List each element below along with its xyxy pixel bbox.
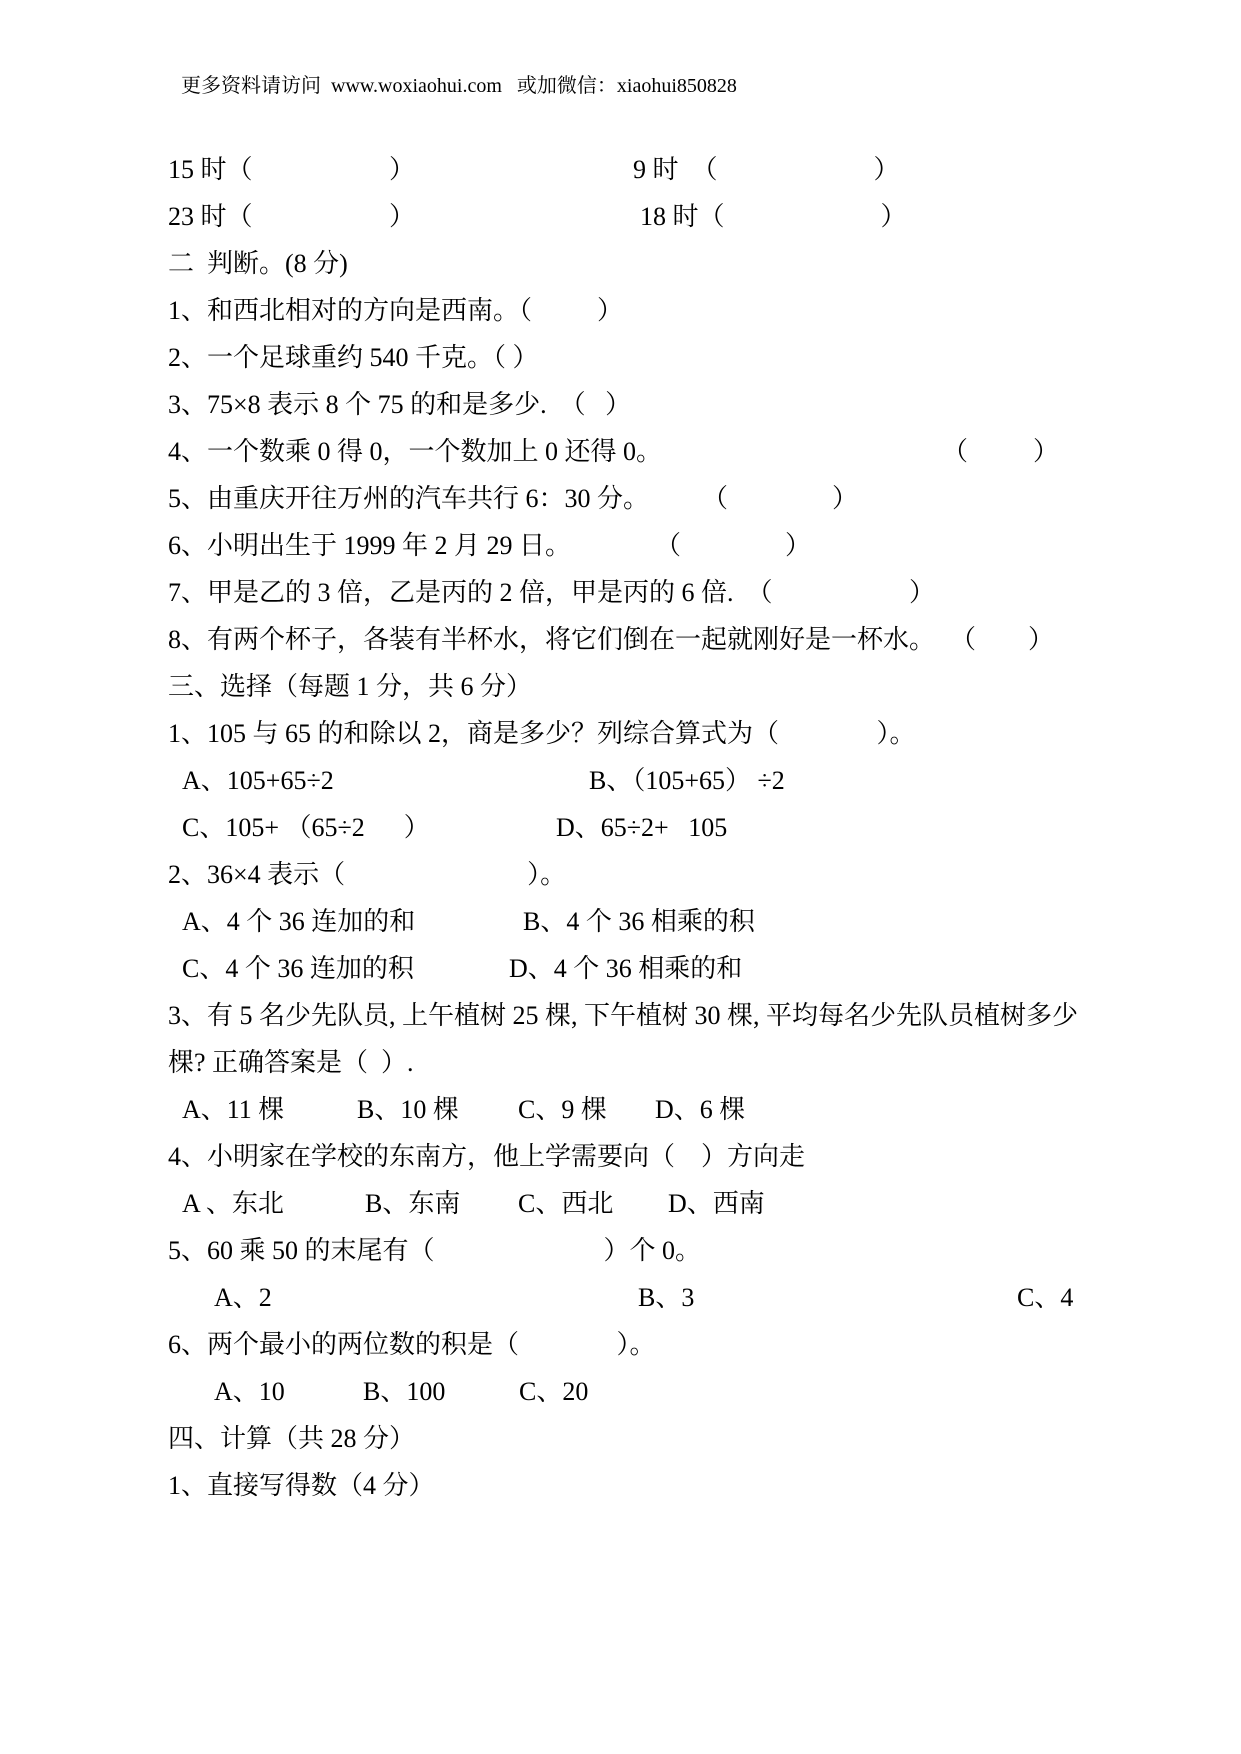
text-line: A 、东北B、东南C、西北D、西南 <box>168 1180 1218 1227</box>
text-line: 三、选择（每题 1 分，共 6 分） <box>168 663 1218 710</box>
exam-paper-page: 更多资料请访问 www.woxiaohui.com 或加微信：xiaohui85… <box>0 0 1241 1754</box>
text-segment: 3、75×8 表示 8 个 75 的和是多少. （ ） <box>168 381 631 428</box>
text-segment: A、10 <box>214 1368 285 1415</box>
text-segment: 1、和西北相对的方向是西南。（ ） <box>168 287 623 334</box>
text-segment: （ ） <box>655 522 811 569</box>
text-segment: 7、甲是乙的 3 倍，乙是丙的 2 倍，甲是丙的 6 倍. （ ） <box>168 569 935 616</box>
text-line: 4、小明家在学校的东南方，他上学需要向（ ）方向走 <box>168 1133 1218 1180</box>
text-segment: B、10 棵 <box>357 1086 459 1133</box>
text-segment: 三、选择（每题 1 分，共 6 分） <box>168 663 532 710</box>
text-line: A、2B、3C、4 <box>168 1274 1218 1321</box>
text-line: 3、有 5 名少先队员, 上午植树 25 棵, 下午植树 30 棵, 平均每名少… <box>168 992 1218 1039</box>
text-segment: 15 时（ ） <box>168 146 415 193</box>
text-segment: C、105+ （65÷2 ） <box>182 804 430 851</box>
text-line: C、105+ （65÷2 ）D、65÷2+ 105 <box>168 804 1218 851</box>
text-segment: A、4 个 36 连加的和 <box>182 898 415 945</box>
text-segment: 四、计算（共 28 分） <box>168 1415 415 1462</box>
text-segment: C、4 <box>1017 1274 1073 1321</box>
text-segment: A、105+65÷2 <box>182 757 334 804</box>
text-segment: 6、两个最小的两位数的积是（ ）。 <box>168 1321 656 1368</box>
text-segment: D、4 个 36 相乘的和 <box>509 945 742 992</box>
text-line: A、10B、100C、20 <box>168 1368 1218 1415</box>
text-segment: 2、36×4 表示（ ）。 <box>168 851 566 898</box>
text-line: 棵? 正确答案是（ ）. <box>168 1039 1218 1086</box>
text-line: 23 时（ ）18 时（ ） <box>168 193 1218 240</box>
text-segment: 1、直接写得数（4 分） <box>168 1462 435 1509</box>
text-line: 8、有两个杯子，各装有半杯水，将它们倒在一起就刚好是一杯水。（ ） <box>168 616 1218 663</box>
text-line: 2、一个足球重约 540 千克。（ ） <box>168 334 1218 381</box>
text-line: 6、小明出生于 1999 年 2 月 29 日。（ ） <box>168 522 1218 569</box>
text-segment: D、6 棵 <box>655 1086 745 1133</box>
text-segment: 1、105 与 65 的和除以 2，商是多少？列综合算式为（ ）。 <box>168 710 916 757</box>
text-segment: A、2 <box>214 1274 272 1321</box>
text-line: 四、计算（共 28 分） <box>168 1415 1218 1462</box>
text-line: 1、和西北相对的方向是西南。（ ） <box>168 287 1218 334</box>
text-line: 1、直接写得数（4 分） <box>168 1462 1218 1509</box>
text-segment: B、4 个 36 相乘的积 <box>523 898 755 945</box>
text-line: 3、75×8 表示 8 个 75 的和是多少. （ ） <box>168 381 1218 428</box>
text-line: 二 判断。(8 分) <box>168 240 1218 287</box>
text-segment: 二 判断。(8 分) <box>168 240 348 287</box>
text-segment: A 、东北 <box>182 1180 284 1227</box>
text-line: C、4 个 36 连加的积D、4 个 36 相乘的和 <box>168 945 1218 992</box>
document-body: 15 时（ ）9 时 （ ）23 时（ ）18 时（ ）二 判断。(8 分)1、… <box>168 146 1218 1509</box>
text-segment: B、（105+65） ÷2 <box>589 757 785 804</box>
text-line: 1、105 与 65 的和除以 2，商是多少？列综合算式为（ ）。 <box>168 710 1218 757</box>
text-segment: B、100 <box>363 1368 445 1415</box>
text-segment: 棵? 正确答案是（ ）. <box>168 1039 414 1086</box>
text-segment: 3、有 5 名少先队员, 上午植树 25 棵, 下午植树 30 棵, 平均每名少… <box>168 992 1078 1039</box>
text-segment: B、东南 <box>365 1180 460 1227</box>
text-segment: 2、一个足球重约 540 千克。（ ） <box>168 334 539 381</box>
text-line: 5、60 乘 50 的末尾有（ ）个 0。 <box>168 1227 1218 1274</box>
text-segment: 9 时 （ ） <box>633 146 900 193</box>
text-segment: D、65÷2+ 105 <box>556 804 727 851</box>
text-segment: （ ） <box>950 616 1054 663</box>
text-line: A、11 棵B、10 棵C、9 棵D、6 棵 <box>168 1086 1218 1133</box>
text-segment: （ ） <box>702 475 858 522</box>
text-line: 15 时（ ）9 时 （ ） <box>168 146 1218 193</box>
text-line: A、105+65÷2B、（105+65） ÷2 <box>168 757 1218 804</box>
text-line: 5、由重庆开往万州的汽车共行 6：30 分。（ ） <box>168 475 1218 522</box>
text-segment: 23 时（ ） <box>168 193 415 240</box>
watermark-header: 更多资料请访问 www.woxiaohui.com 或加微信：xiaohui85… <box>181 72 737 100</box>
text-segment: 5、60 乘 50 的末尾有（ ）个 0。 <box>168 1227 701 1274</box>
text-segment: 4、小明家在学校的东南方，他上学需要向（ ）方向走 <box>168 1133 805 1180</box>
text-segment: D、西南 <box>668 1180 765 1227</box>
text-segment: C、20 <box>519 1368 588 1415</box>
text-segment: 6、小明出生于 1999 年 2 月 29 日。 <box>168 522 571 569</box>
text-line: 6、两个最小的两位数的积是（ ）。 <box>168 1321 1218 1368</box>
text-segment: B、3 <box>638 1274 694 1321</box>
text-line: 4、一个数乘 0 得 0，一个数加上 0 还得 0。（ ） <box>168 428 1218 475</box>
text-segment: 4、一个数乘 0 得 0，一个数加上 0 还得 0。 <box>168 428 662 475</box>
text-segment: 5、由重庆开往万州的汽车共行 6：30 分。 <box>168 475 649 522</box>
text-segment: A、11 棵 <box>182 1086 284 1133</box>
text-line: A、4 个 36 连加的和B、4 个 36 相乘的积 <box>168 898 1218 945</box>
text-segment: 18 时（ ） <box>640 193 907 240</box>
text-segment: 8、有两个杯子，各装有半杯水，将它们倒在一起就刚好是一杯水。 <box>168 616 935 663</box>
text-segment: C、9 棵 <box>518 1086 607 1133</box>
text-segment: C、4 个 36 连加的积 <box>182 945 414 992</box>
text-line: 2、36×4 表示（ ）。 <box>168 851 1218 898</box>
text-segment: （ ） <box>942 428 1059 475</box>
text-segment: C、西北 <box>518 1180 613 1227</box>
text-line: 7、甲是乙的 3 倍，乙是丙的 2 倍，甲是丙的 6 倍. （ ） <box>168 569 1218 616</box>
